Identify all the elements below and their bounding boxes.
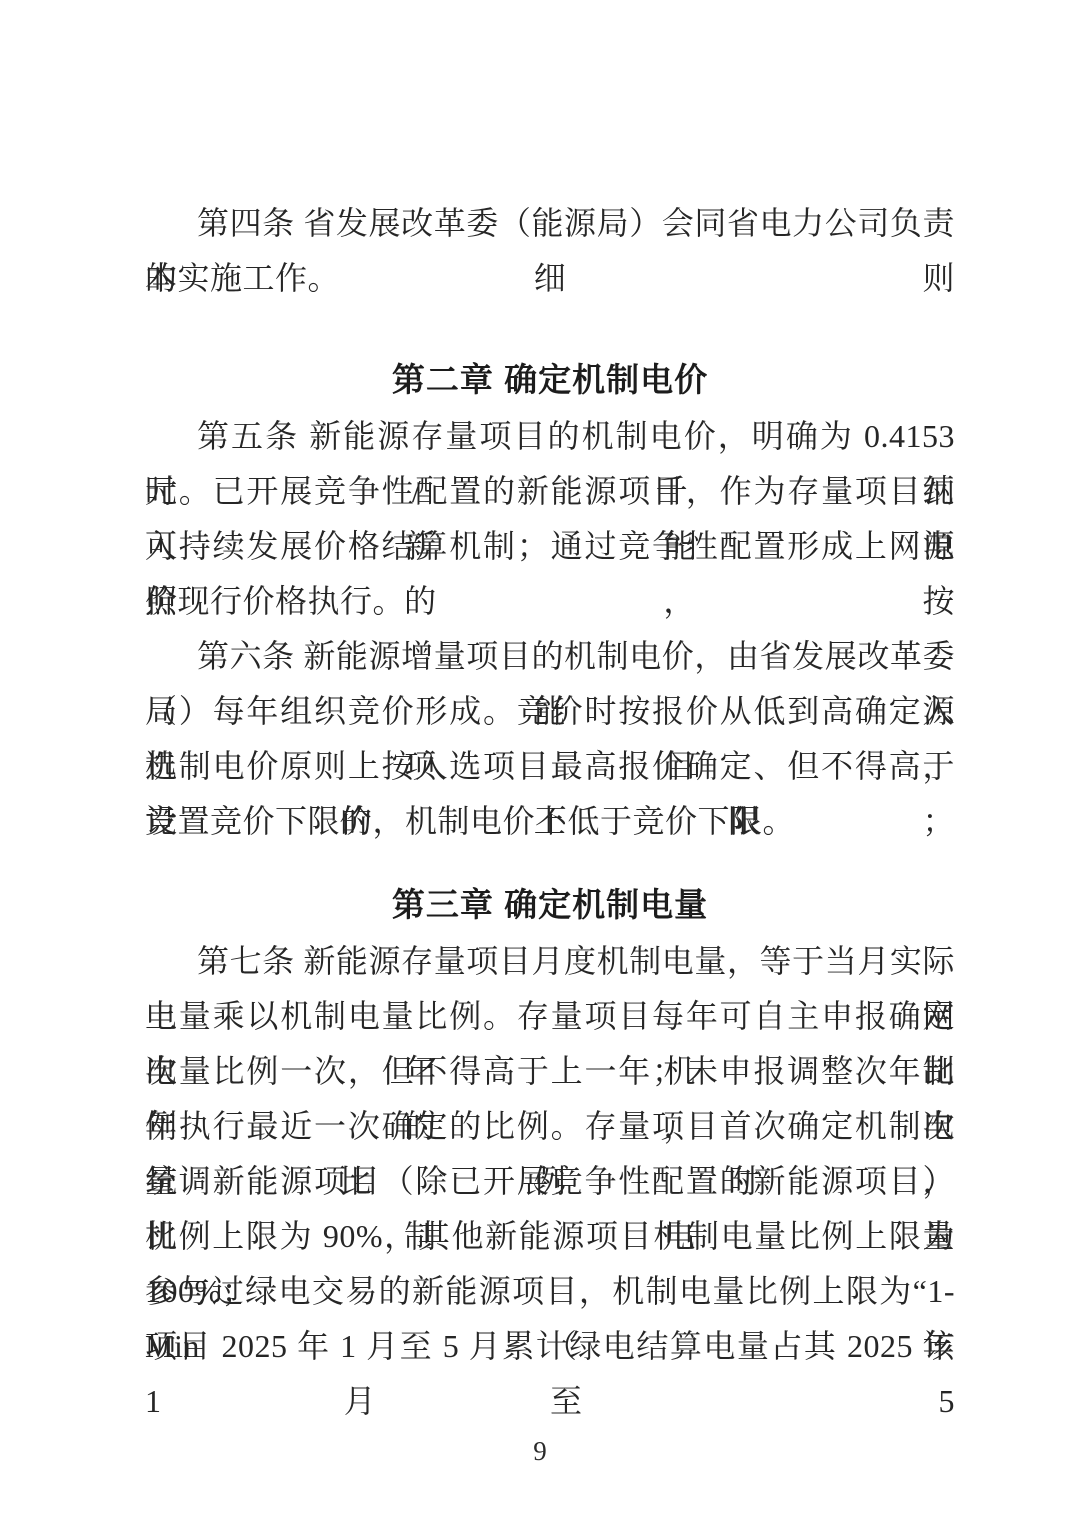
chapter-2-heading: 第二章 确定机制电价 xyxy=(145,352,955,407)
paragraph-article-6: 第六条 新能源增量项目的机制电价，由省发展改革委（能源 局）每年组织竞价形成。竞… xyxy=(145,629,955,849)
text-line: 比例上限为 90%，其他新能源项目机制电量比例上限为 100%； xyxy=(145,1209,955,1264)
text-line: 可持续发展价格结算机制；通过竞争性配置形成上网电价的，按 xyxy=(145,519,955,574)
text-line: 统调新能源项目（除已开展竞争性配置的新能源项目）机制电量 xyxy=(145,1154,955,1209)
text-line: 第五条 新能源存量项目的机制电价，明确为 0.4153 元/千瓦 xyxy=(145,409,955,464)
paragraph-article-7: 第七条 新能源存量项目月度机制电量，等于当月实际上网 电量乘以机制电量比例。存量… xyxy=(145,934,955,1374)
text-line: 局）每年组织竞价形成。竞价时按报价从低到高确定入选项目， xyxy=(145,684,955,739)
document-body: 第四条 省发展改革委（能源局）会同省电力公司负责本细则 的实施工作。 第二章 确… xyxy=(145,196,955,1374)
text-line: 第四条 省发展改革委（能源局）会同省电力公司负责本细则 xyxy=(145,196,955,251)
text-line: 年执行最近一次确定的比例。存量项目首次确定机制电量比例时， xyxy=(145,1099,955,1154)
paragraph-article-4: 第四条 省发展改革委（能源局）会同省电力公司负责本细则 的实施工作。 xyxy=(145,196,955,306)
text-line: 参与过绿电交易的新能源项目，机制电量比例上限为“1-Min（该 xyxy=(145,1264,955,1319)
document-page: 第四条 省发展改革委（能源局）会同省电力公司负责本细则 的实施工作。 第二章 确… xyxy=(0,0,1080,1527)
text-line: 第七条 新能源存量项目月度机制电量，等于当月实际上网 xyxy=(145,934,955,989)
text-line: 第六条 新能源增量项目的机制电价，由省发展改革委（能源 xyxy=(145,629,955,684)
text-line: 项目 2025 年 1 月至 5 月累计绿电结算电量占其 2025 年 1 月至… xyxy=(145,1319,955,1374)
text-line: 电量比例一次，但不得高于上一年；未申报调整次年比例的，次 xyxy=(145,1044,955,1099)
text-line: 机制电价原则上按入选项目最高报价确定、但不得高于竞价上限； xyxy=(145,739,955,794)
text-line: 电量乘以机制电量比例。存量项目每年可自主申报确定次年机制 xyxy=(145,989,955,1044)
page-number: 9 xyxy=(0,1436,1080,1466)
paragraph-article-5: 第五条 新能源存量项目的机制电价，明确为 0.4153 元/千瓦 时。已开展竞争… xyxy=(145,409,955,629)
chapter-3-heading: 第三章 确定机制电量 xyxy=(145,877,955,932)
text-line: 时。已开展竞争性配置的新能源项目，作为存量项目纳入新能源 xyxy=(145,464,955,519)
